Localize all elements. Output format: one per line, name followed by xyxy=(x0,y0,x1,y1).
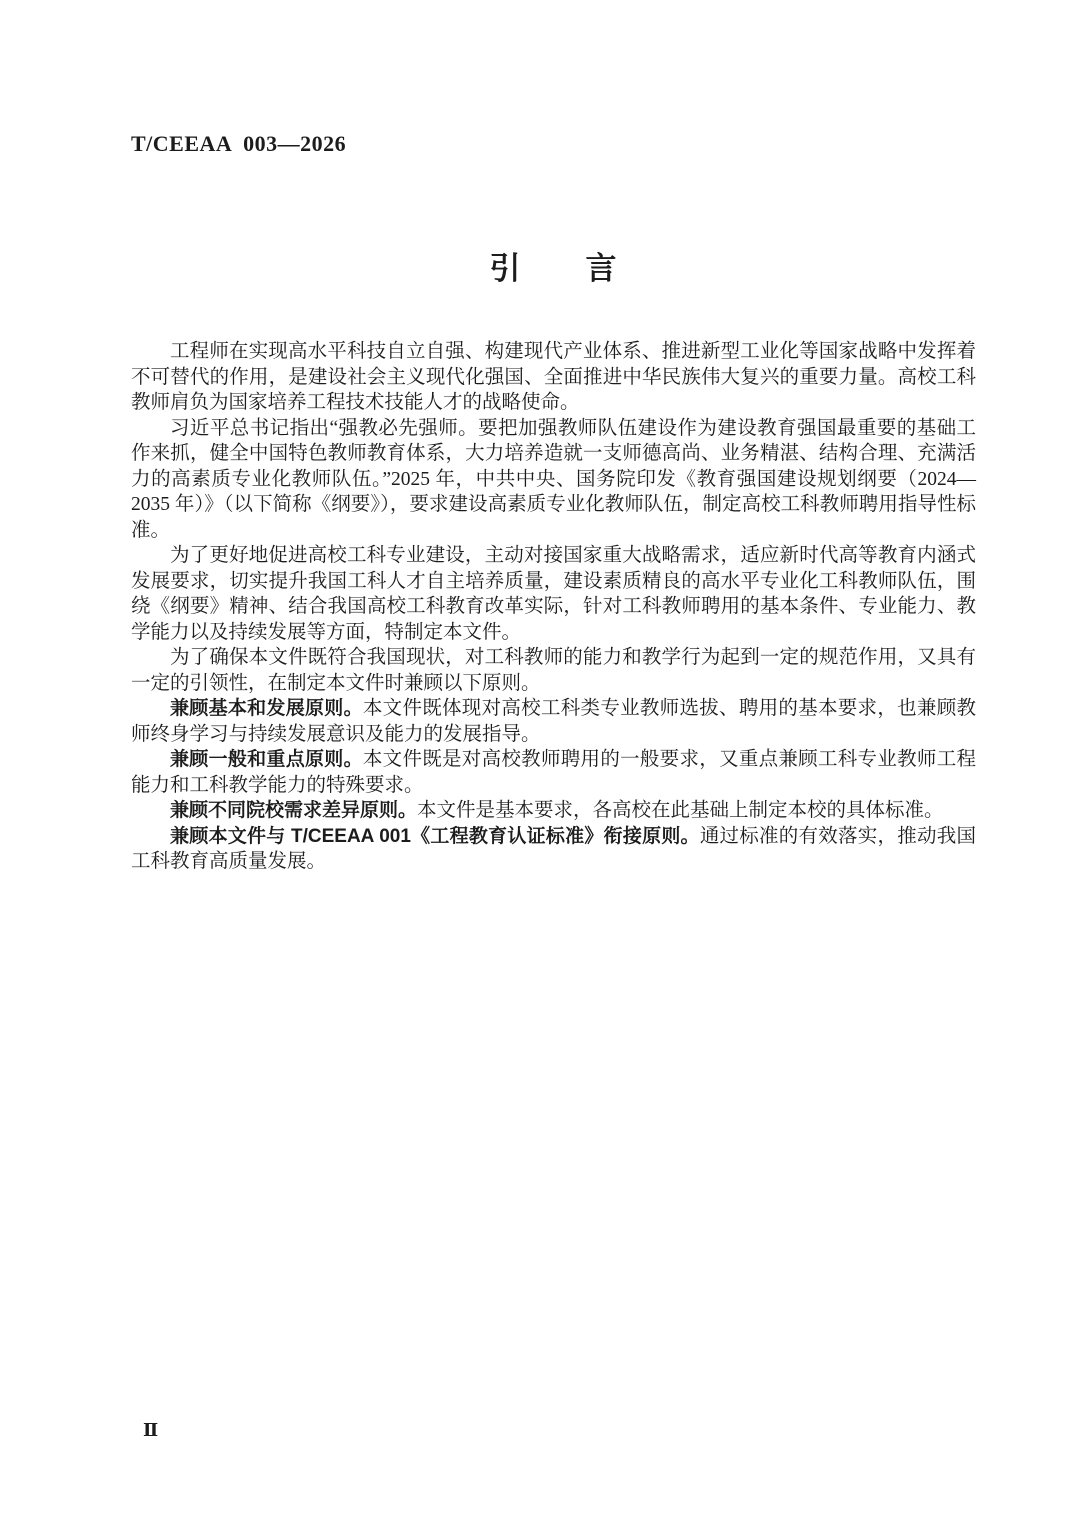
principle-paragraph: 兼顾基本和发展原则。本文件既体现对高校工科类专业教师选拔、聘用的基本要求，也兼顾… xyxy=(131,696,976,747)
paragraph-lead: 兼顾不同院校需求差异原则。 xyxy=(170,800,417,821)
intro-paragraph: 工程师在实现高水平科技自立自强、构建现代产业体系、推进新型工业化等国家战略中发挥… xyxy=(131,339,976,416)
document-title: 引 言 xyxy=(131,243,976,288)
intro-paragraph: 为了更好地促进高校工科专业建设，主动对接国家重大战略需求，适应新时代高等教育内涵… xyxy=(131,543,976,645)
page-number: Ⅱ xyxy=(143,1420,158,1441)
paragraph-lead: 兼顾一般和重点原则。 xyxy=(170,749,363,770)
paragraph-text: 习近平总书记指出“强教必先强师。要把加强教师队伍建设作为建设教育强国最重要的基础… xyxy=(131,418,976,541)
principle-paragraph: 兼顾一般和重点原则。本文件既是对高校教师聘用的一般要求，又重点兼顾工科专业教师工… xyxy=(131,747,976,798)
paragraph-lead: 兼顾基本和发展原则。 xyxy=(170,698,363,719)
principle-paragraph: 兼顾不同院校需求差异原则。本文件是基本要求，各高校在此基础上制定本校的具体标准。 xyxy=(131,798,976,824)
intro-paragraph: 为了确保本文件既符合我国现状，对工科教师的能力和教学行为起到一定的规范作用，又具… xyxy=(131,645,976,696)
intro-paragraph: 习近平总书记指出“强教必先强师。要把加强教师队伍建设作为建设教育强国最重要的基础… xyxy=(131,416,976,544)
paragraph-text: 为了确保本文件既符合我国现状，对工科教师的能力和教学行为起到一定的规范作用，又具… xyxy=(131,647,976,694)
paragraph-text: 为了更好地促进高校工科专业建设，主动对接国家重大战略需求，适应新时代高等教育内涵… xyxy=(131,545,976,643)
paragraph-text: 工程师在实现高水平科技自立自强、构建现代产业体系、推进新型工业化等国家战略中发挥… xyxy=(131,341,976,413)
introduction-body: 工程师在实现高水平科技自立自强、构建现代产业体系、推进新型工业化等国家战略中发挥… xyxy=(131,339,976,875)
paragraph-text: 本文件是基本要求，各高校在此基础上制定本校的具体标准。 xyxy=(417,800,944,821)
document-code: T/CEEAA 003—2026 xyxy=(131,131,346,157)
paragraph-lead: 兼顾本文件与 T/CEEAA 001《工程教育认证标准》衔接原则。 xyxy=(170,826,700,847)
principle-paragraph: 兼顾本文件与 T/CEEAA 001《工程教育认证标准》衔接原则。通过标准的有效… xyxy=(131,824,976,875)
document-page: T/CEEAA 003—2026 引 言 工程师在实现高水平科技自立自强、构建现… xyxy=(0,0,1080,1527)
